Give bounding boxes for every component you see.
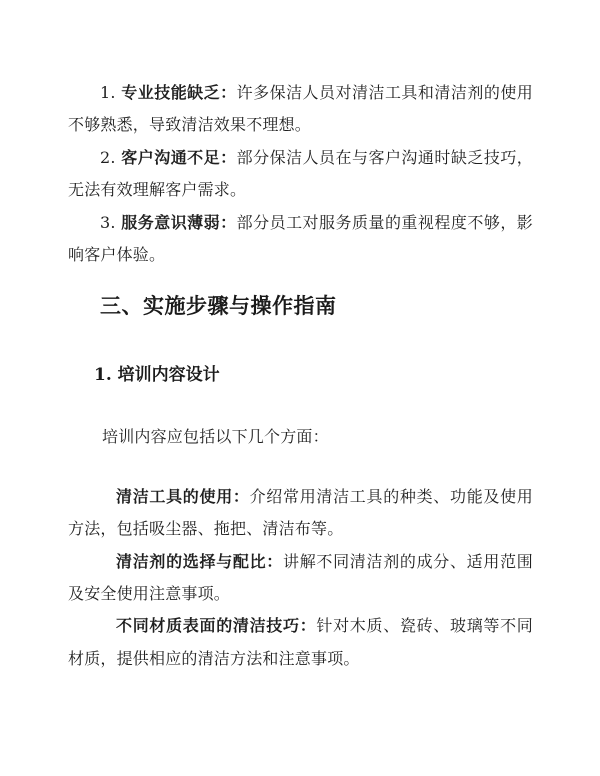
detail-item: 清洁工具的使用：介绍常用清洁工具的种类、功能及使用方法，包括吸尘器、拖把、清洁布… [68,481,533,546]
numbered-item: 2. 客户沟通不足：部分保洁人员在与客户沟通时缺乏技巧，无法有效理解客户需求。 [68,142,533,207]
subsection-title: 培训内容设计 [118,365,220,385]
detail-lead: 清洁剂的选择与配比： [116,552,283,571]
item-lead: 专业技能缺乏： [121,83,236,102]
item-number: 2. [100,148,116,167]
detail-item: 不同材质表面的清洁技巧：针对木质、瓷砖、玻璃等不同材质，提供相应的清洁方法和注意… [68,610,533,675]
section-heading: 三、实施步骤与操作指南 [100,291,533,321]
detail-item: 清洁剂的选择与配比：讲解不同清洁剂的成分、适用范围及安全使用注意事项。 [68,546,533,611]
numbered-item: 1. 专业技能缺乏：许多保洁人员对清洁工具和清洁剂的使用不够熟悉，导致清洁效果不… [68,77,533,142]
item-number: 3. [100,213,116,232]
document-page: 1. 专业技能缺乏：许多保洁人员对清洁工具和清洁剂的使用不够熟悉，导致清洁效果不… [0,0,600,776]
numbered-item: 3. 服务意识薄弱：部分员工对服务质量的重视程度不够，影响客户体验。 [68,207,533,272]
detail-lead: 不同材质表面的清洁技巧： [116,616,316,635]
training-topics-list: 清洁工具的使用：介绍常用清洁工具的种类、功能及使用方法，包括吸尘器、拖把、清洁布… [68,481,533,675]
intro-line: 培训内容应包括以下几个方面： [68,421,533,453]
item-number: 1. [100,83,116,102]
issues-list: 1. 专业技能缺乏：许多保洁人员对清洁工具和清洁剂的使用不够熟悉，导致清洁效果不… [68,77,533,271]
subsection-heading: 1. 培训内容设计 [94,361,533,389]
item-lead: 客户沟通不足： [121,148,236,167]
item-lead: 服务意识薄弱： [121,213,236,232]
subsection-number: 1. [94,365,112,385]
detail-lead: 清洁工具的使用： [116,487,250,506]
